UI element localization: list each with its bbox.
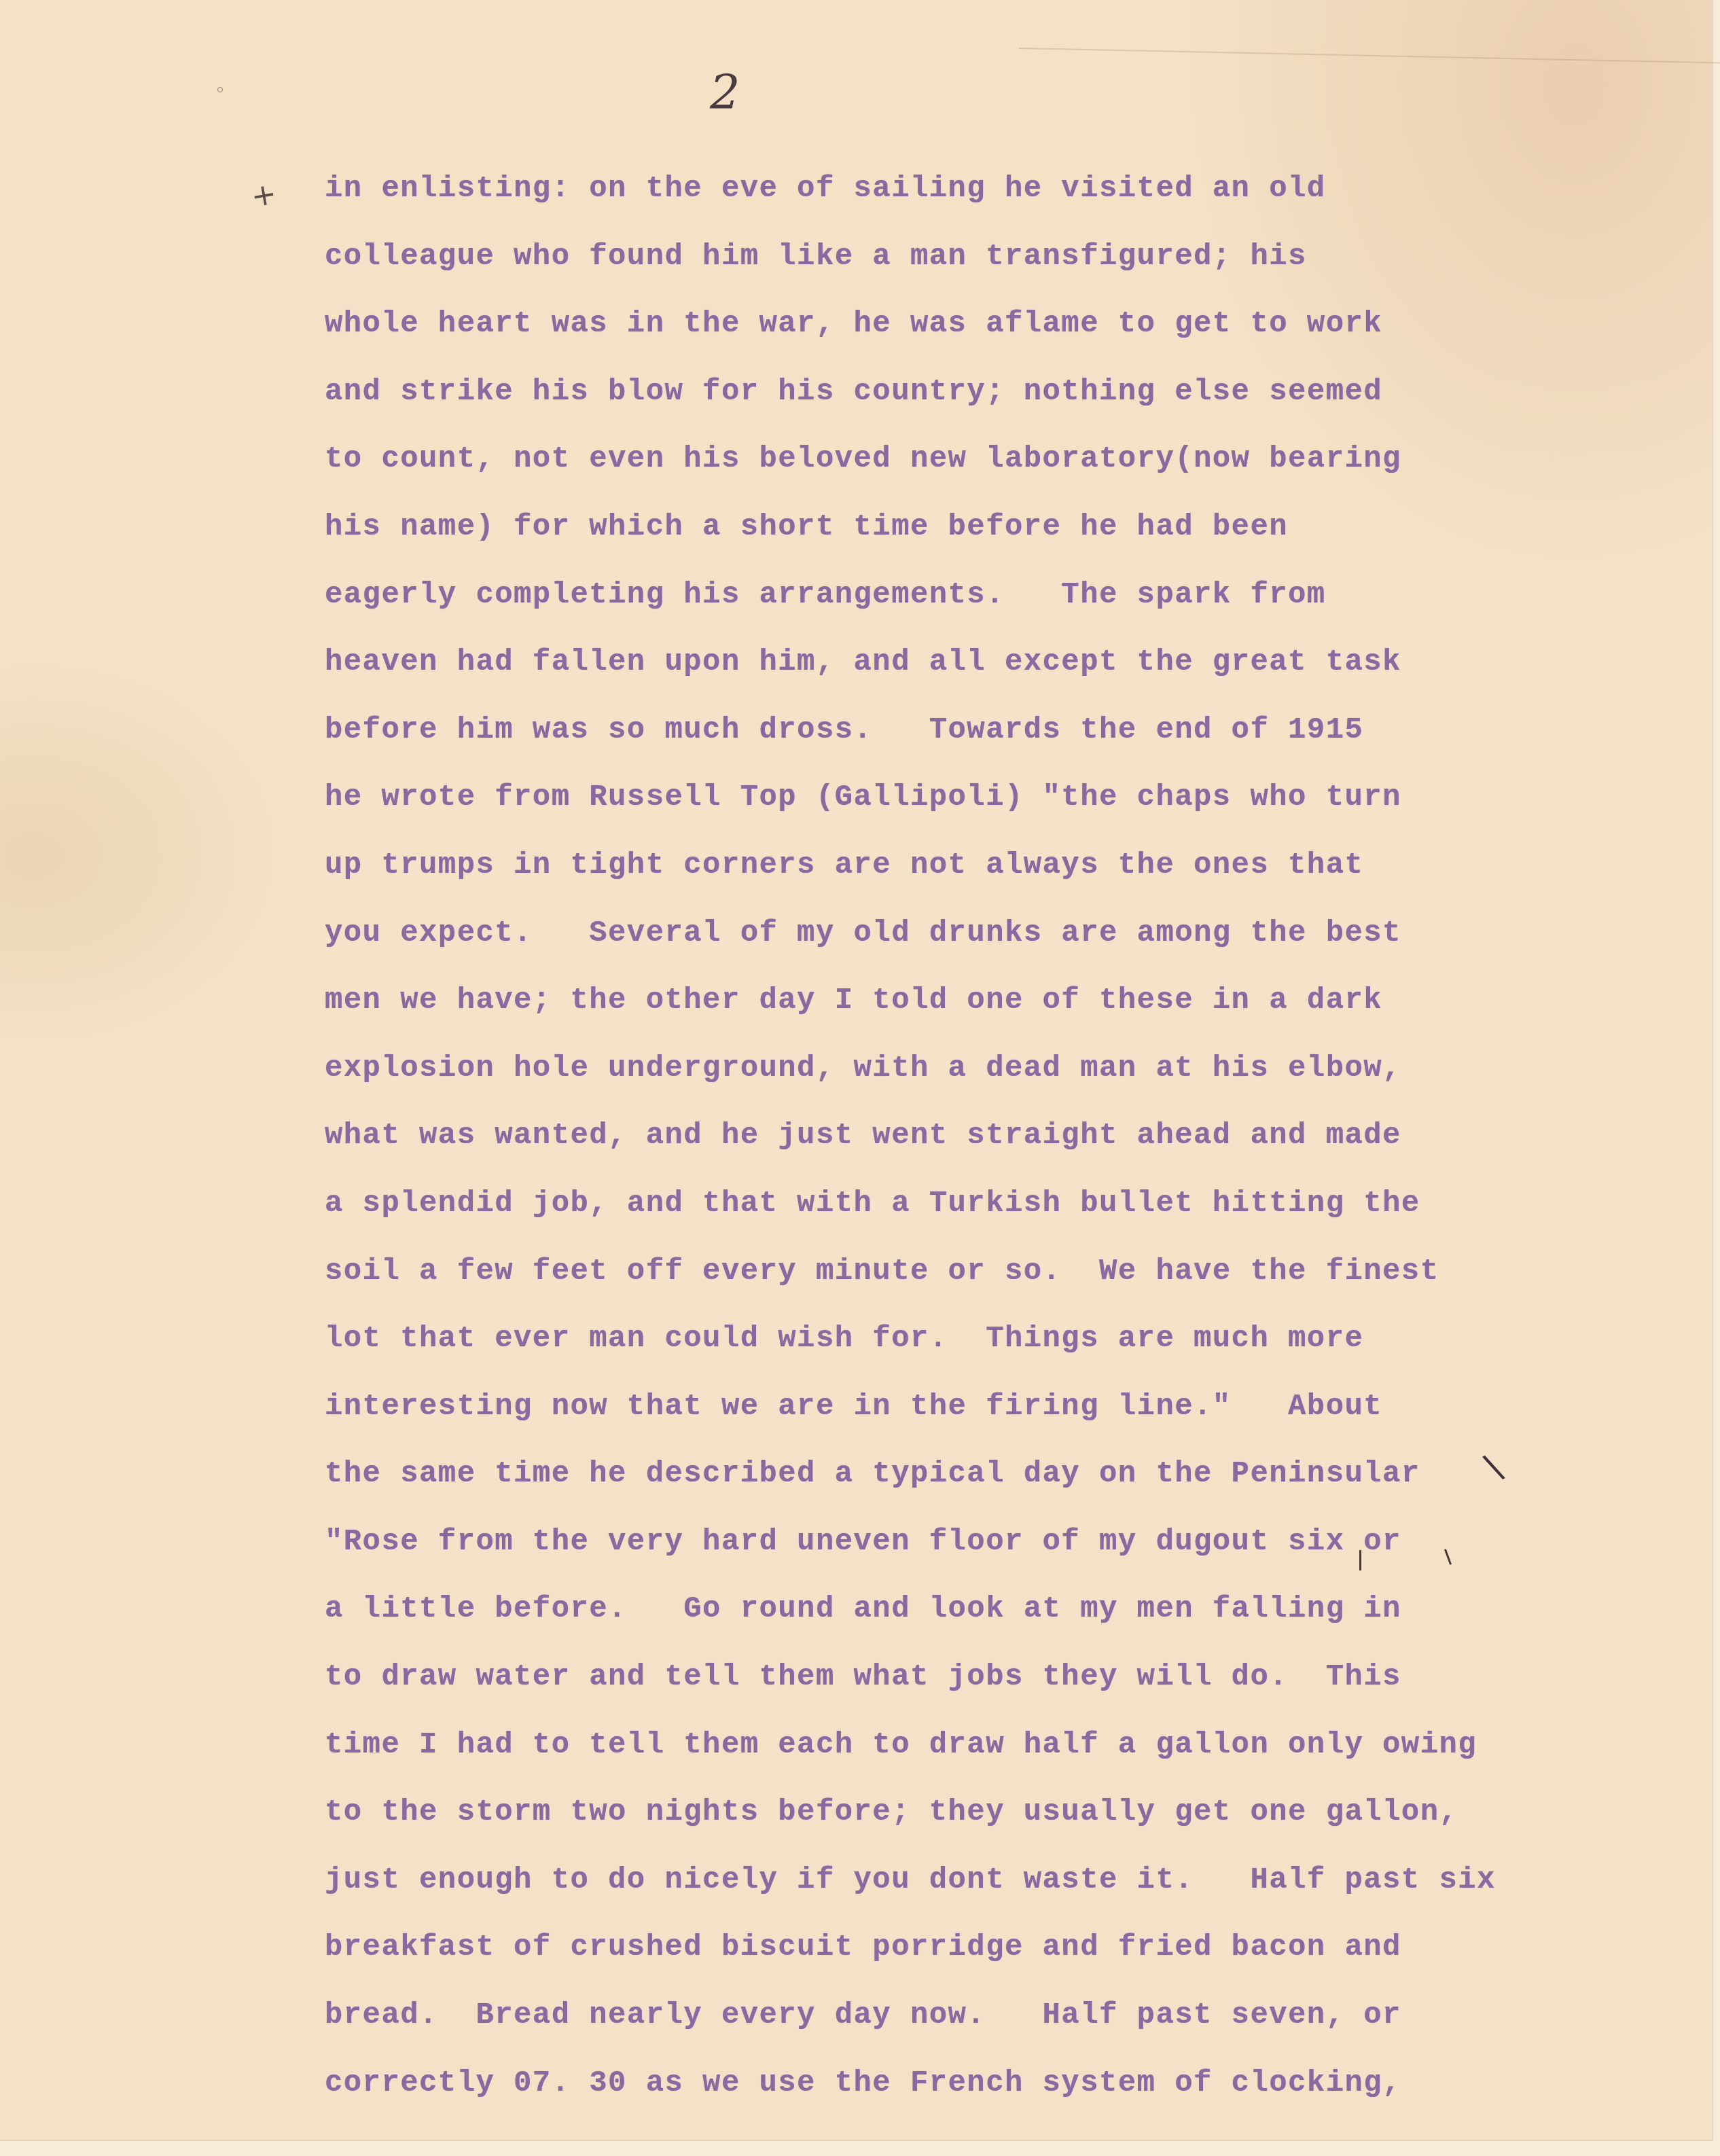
- margin-plus-mark-icon: +: [249, 176, 279, 215]
- text-line: to the storm two nights before; they usu…: [325, 1792, 1615, 1860]
- text-line: just enough to do nicely if you dont was…: [325, 1860, 1615, 1928]
- text-line: what was wanted, and he just went straig…: [325, 1115, 1615, 1183]
- text-line: whole heart was in the war, he was aflam…: [325, 304, 1615, 372]
- text-line: time I had to tell them each to draw hal…: [325, 1725, 1615, 1793]
- text-line: "Rose from the very hard uneven floor of…: [325, 1522, 1615, 1589]
- text-line: eagerly completing his arrangements. The…: [325, 575, 1615, 643]
- text-line: a little before. Go round and look at my…: [325, 1589, 1615, 1657]
- text-line: to draw water and tell them what jobs th…: [325, 1657, 1615, 1725]
- paper-blemish: [217, 87, 223, 92]
- text-line: colleague who found him like a man trans…: [325, 236, 1615, 304]
- paper-fold-line: [1019, 0, 1720, 64]
- text-line: and strike his blow for his country; not…: [325, 372, 1615, 439]
- text-line: correctly 07. 30 as we use the French sy…: [325, 2063, 1615, 2131]
- text-line: bread. Bread nearly every day now. Half …: [325, 1995, 1615, 2063]
- text-line: lot that ever man could wish for. Things…: [325, 1318, 1615, 1386]
- typewritten-text-body: in enlisting: on the eve of sailing he v…: [325, 168, 1615, 2130]
- text-line: breakfast of crushed biscuit porridge an…: [325, 1927, 1615, 1995]
- text-line: you expect. Several of my old drunks are…: [325, 913, 1615, 981]
- document-page: 2 + in enlisting: on the eve of sailing …: [0, 0, 1713, 2141]
- text-line: he wrote from Russell Top (Gallipoli) "t…: [325, 777, 1615, 845]
- text-line: in enlisting: on the eve of sailing he v…: [325, 168, 1615, 236]
- handwritten-page-number: 2: [710, 65, 740, 120]
- text-line: up trumps in tight corners are not alway…: [325, 845, 1615, 913]
- text-line: heaven had fallen upon him, and all exce…: [325, 642, 1615, 710]
- text-line: explosion hole underground, with a dead …: [325, 1048, 1615, 1116]
- text-line: to count, not even his beloved new labor…: [325, 439, 1615, 507]
- text-line: soil a few feet off every minute or so. …: [325, 1251, 1615, 1319]
- text-line: the same time he described a typical day…: [325, 1454, 1615, 1522]
- text-line: interesting now that we are in the firin…: [325, 1386, 1615, 1454]
- text-line: men we have; the other day I told one of…: [325, 980, 1615, 1048]
- text-line: before him was so much dross. Towards th…: [325, 710, 1615, 778]
- text-line: his name) for which a short time before …: [325, 507, 1615, 575]
- text-line: a splendid job, and that with a Turkish …: [325, 1183, 1615, 1251]
- comma-insert-mark-icon: [1359, 1550, 1361, 1570]
